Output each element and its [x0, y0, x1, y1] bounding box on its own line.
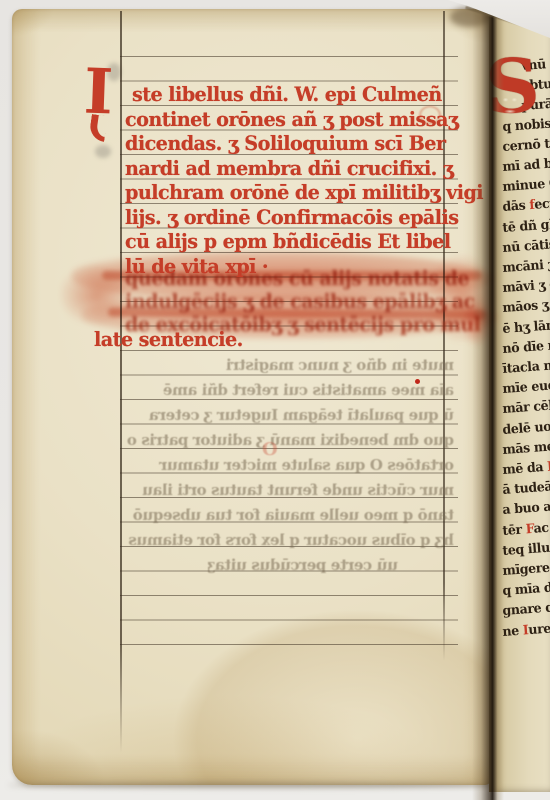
facing-text-line: ne Iuret fm: [502, 620, 550, 639]
facing-text-line: teq illud d: [502, 540, 550, 559]
facing-text-line: mās meus Cp: [502, 438, 550, 458]
facing-text-line: mī ad bibēn: [502, 155, 550, 174]
facing-text-line: dās fecris ī: [502, 196, 550, 215]
facing-text-line: ē hʒ lānar: [502, 318, 550, 337]
facing-text-line: tēr Fac mih: [502, 519, 550, 538]
facing-text-line: nō dīe mei: [502, 338, 550, 357]
facing-text-line: mīe euq dor: [502, 378, 550, 398]
facing-text-line: delē uocare: [502, 418, 550, 437]
rubric-line: cū alijs p epm bñdicēdis Et libel: [125, 230, 450, 252]
rubric-line: dicendas. ʒ Soliloquium scī Ber: [125, 132, 445, 154]
rubric-line: continet orōnes añ ʒ post missaʒ: [125, 108, 458, 130]
facing-text-line: māvi ʒ cer: [502, 277, 550, 296]
facing-text-line: tē dñ glari: [502, 217, 550, 236]
facing-text-line: gnare qd: [502, 601, 550, 619]
rubric-closing-line: late sentencie.: [94, 328, 243, 350]
rubric-line: nardi ad membra dñi crucifixi. ʒ: [125, 157, 453, 179]
rubric-line: pulchram orōnē de xpī militibʒ vigi: [125, 181, 483, 203]
facing-text-line: a buo anī c: [502, 499, 550, 518]
rubric-line: lijs. ʒ ordinē Confirmacōis epālis: [125, 206, 458, 228]
facing-text-line: mīgere. Sen: [502, 559, 550, 579]
manuscript-left-page: mute in dño ʒ nunc magistriaīa mee amati…: [12, 9, 491, 785]
facing-text-line: nū cātis mō: [502, 236, 550, 255]
facing-text-line: mār cēlā dor: [502, 397, 550, 417]
manuscript-photo: mute in dño ʒ nunc magistriaīa mee amati…: [0, 0, 550, 800]
facing-text-line: minue Cpē: [502, 176, 550, 195]
gutter-shadow: [472, 0, 504, 800]
facing-text-line: ā tudeāt my: [502, 479, 550, 498]
facing-text-line: mē da Doce: [502, 459, 550, 478]
facing-text-line: q mīa dnōs: [502, 580, 550, 599]
rubric-line: ste libellus dñi. W. epi Culmeñ: [132, 83, 442, 105]
facing-text-line: ītacla mede: [502, 358, 550, 377]
facing-text-line: cernō tuā ad: [502, 135, 550, 155]
rubric-line: lū de vita xpī ·: [125, 255, 268, 277]
facing-text-line: mcāni ʒ cec: [502, 257, 550, 276]
facing-text-line: māos ʒ mi: [502, 298, 550, 317]
